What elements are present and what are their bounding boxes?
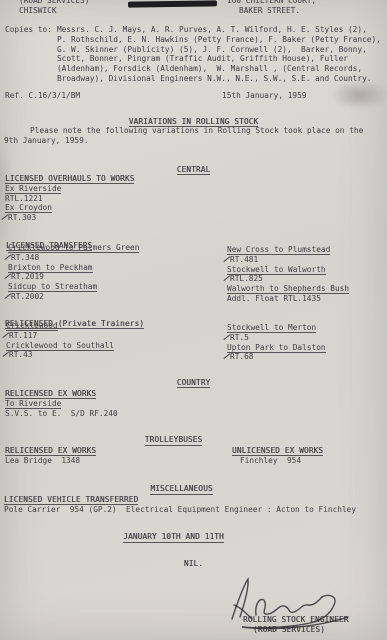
relicensed-value: RT.5 (227, 333, 326, 343)
trolley-left-heading: RELICENSED EX WORKS (5, 446, 96, 456)
licensed-vehicle-heading: LICENSED VEHICLE TRANSFERRED (4, 495, 356, 505)
transfers-left-column: Cricklewood to Palmers Green RT.348 Brix… (8, 243, 139, 302)
intro-line-1: Please note the following variations in … (30, 126, 363, 136)
transfer-value: RT.2019 (8, 272, 139, 282)
transfer-value: Addl. Float RTL.1435 (227, 294, 349, 304)
copies-line: Messrs. C. J. Mays, A. R. Purves, A. T. … (57, 25, 381, 35)
licensed-vehicle-section: LICENSED VEHICLE TRANSFERRED Pole Carrie… (4, 495, 356, 515)
transfer-value: RT.348 (8, 253, 139, 263)
overhauls-entry-value: RTL.1221 (5, 194, 134, 204)
trolley-right-heading: UNLICENSED EX WORKS (232, 446, 323, 456)
letterhead-address: 160 CHILTERN COURT, BAKER STREET. (227, 0, 316, 16)
country-heading: COUNTRY (177, 378, 211, 388)
trolleybuses-heading-row: TROLLEYBUSES (0, 427, 387, 446)
department-line: (ROAD SERVICES) (19, 0, 89, 6)
miscellaneous-heading-row: MISCELLANEOUS (0, 476, 387, 495)
relicensed-value: RT.117 (6, 331, 114, 341)
country-heading-row: COUNTRY (0, 370, 387, 389)
trolleybuses-left: RELICENSED EX WORKS Lea Bridge 1348 (5, 446, 96, 466)
reference-number: Ref. C.16/3/1/BM (5, 91, 80, 101)
overhauls-entry-label: Ex Riverside (5, 184, 134, 194)
intro-line-2: 9th January, 1959. (4, 136, 89, 146)
tick-mark (224, 333, 230, 341)
department-location: CHISWICK (19, 6, 89, 16)
relicensed-route: Stockwell to Merton (227, 323, 326, 333)
transfer-route: Brixton to Peckham (8, 263, 139, 273)
address-line-2: BAKER STREET. (227, 6, 316, 16)
overhauls-entry-value: RT.303 (5, 213, 134, 223)
overhauls-entry-label: Ex Croydon (5, 203, 134, 213)
transfer-route: New Cross to Plumstead (227, 245, 349, 255)
tick-mark (5, 292, 11, 300)
tick-mark (224, 255, 230, 263)
copies-line: Scott, Bonner, Pingram (Traffic Audit, G… (57, 54, 381, 64)
relicensed-value: RT.43 (6, 350, 114, 360)
transfer-route: Stockwell to Walworth (227, 265, 349, 275)
transfer-route: Sidcup to Streatham (8, 282, 139, 292)
tick-mark (5, 253, 11, 261)
relicensed-right-column: Stockwell to Merton RT.5 Upton Park to D… (227, 323, 326, 362)
relicensed-left-column: Cricklewood RT.117 Cricklewood to Southa… (6, 321, 114, 360)
copies-line: Broadway), Divisional Engineers N.W., N.… (57, 74, 381, 84)
copies-line: (Aldenham), Forsdick (Aldenham), W. Mars… (57, 64, 381, 74)
transfer-route: Walworth to Shepherds Bush (227, 284, 349, 294)
central-heading: CENTRAL (177, 165, 211, 175)
transfers-right-column: New Cross to Plumstead RT.481 Stockwell … (227, 245, 349, 304)
document-date: 15th January, 1959 (222, 91, 307, 101)
ink-redaction-bar (128, 0, 217, 7)
relicensed-route: Cricklewood (6, 321, 114, 331)
copies-lines: Messrs. C. J. Mays, A. R. Purves, A. T. … (57, 25, 381, 84)
copies-list: Copies to: Messrs. C. J. Mays, A. R. Pur… (5, 25, 381, 84)
nil-value: NIL. (184, 559, 203, 568)
copies-line: P. Rothschild, E. N. Hawkins (Petty Fran… (57, 35, 381, 45)
copies-label: Copies to: (5, 25, 52, 84)
country-relicensed-section: RELICENSED EX WORKS To Riverside S.V.S. … (5, 389, 118, 418)
address-line-1: 160 CHILTERN COURT, (227, 0, 316, 6)
relicensed-value: RT.68 (227, 352, 326, 362)
copies-line: G. W. Skinner (Publicity) (5), J. F. Cor… (57, 45, 381, 55)
tick-mark (5, 272, 11, 280)
letterhead-department: (ROAD SERVICES) CHISWICK (19, 0, 89, 16)
tick-mark (3, 350, 9, 358)
country-relicensed-value: S.V.S. to E. S/D RF.240 (5, 409, 118, 419)
nil-row: NIL. (0, 551, 387, 570)
trolley-left-value: Lea Bridge 1348 (5, 456, 96, 466)
country-relicensed-heading: RELICENSED EX WORKS (5, 389, 118, 399)
country-relicensed-sub: To Riverside (5, 399, 118, 409)
scanned-document-page: (ROAD SERVICES) CHISWICK 160 CHILTERN CO… (0, 0, 387, 640)
tick-mark (224, 274, 230, 282)
relicensed-route: Upton Park to Dalston (227, 343, 326, 353)
scan-smudge (330, 80, 387, 110)
tick-mark (224, 352, 230, 360)
trolley-right-value: Finchley 954 (232, 456, 323, 466)
licensed-vehicle-value: Pole Carrier 954 (GP.2) Electrical Equip… (4, 505, 356, 515)
miscellaneous-heading: MISCELLANEOUS (150, 484, 212, 495)
trolleybuses-right: UNLICENSED EX WORKS Finchley 954 (232, 446, 323, 466)
transfer-value: RTL.825 (227, 274, 349, 284)
transfer-route: Cricklewood to Palmers Green (8, 243, 139, 253)
transfer-value: RT.2002 (8, 292, 139, 302)
overhauls-heading: LICENSED OVERHAULS TO WORKS (5, 174, 134, 184)
licensed-overhauls-section: LICENSED OVERHAULS TO WORKS Ex Riverside… (5, 174, 134, 223)
transfer-value: RT.481 (227, 255, 349, 265)
january-heading: JANUARY 10TH AND 11TH (123, 532, 224, 543)
handwritten-signature (222, 575, 362, 637)
tick-mark (2, 213, 8, 221)
january-heading-row: JANUARY 10TH AND 11TH (0, 524, 387, 543)
trolleybuses-heading: TROLLEYBUSES (145, 435, 203, 446)
relicensed-route: Cricklewood to Southall (6, 341, 114, 351)
tick-mark (3, 331, 9, 339)
